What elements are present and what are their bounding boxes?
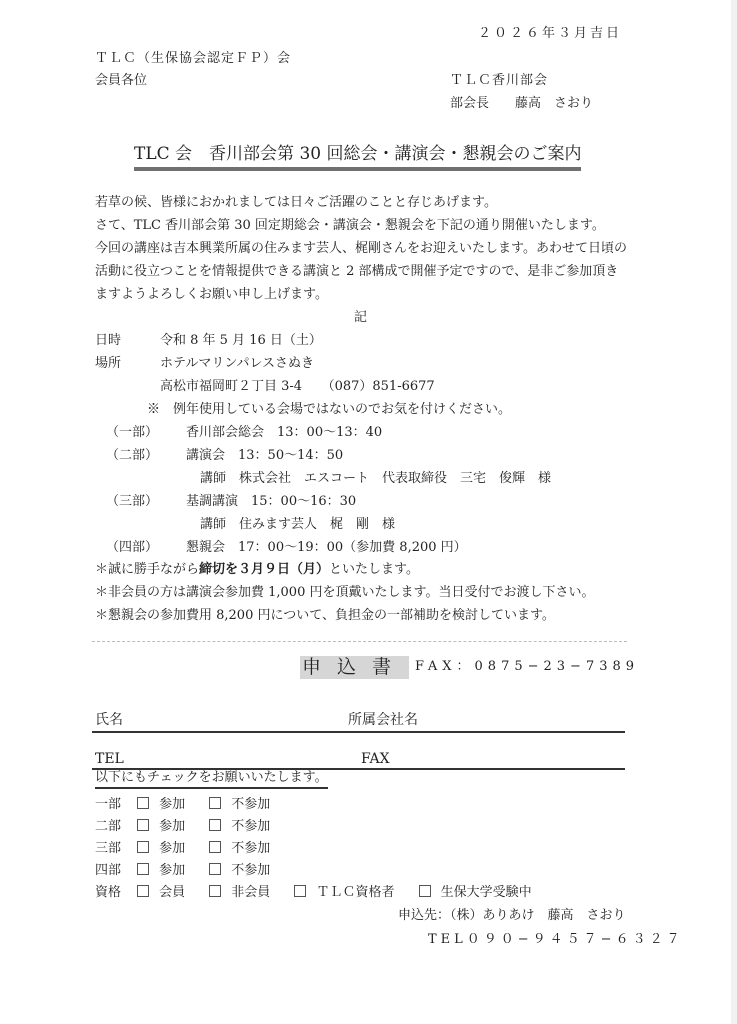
option-label: 不参加: [231, 863, 270, 878]
check-row-part3: 三部 参加 不参加: [95, 841, 290, 855]
program-part-1: （一部）香川部会総会 13：00〜13：40: [106, 426, 382, 439]
checkbox-insurance-university[interactable]: 生保大学受験中: [419, 885, 542, 900]
tel-label: TEL: [95, 752, 124, 766]
deadline-date: 締切を３月９日（月）: [199, 562, 329, 577]
checkbox-tlc-qualified[interactable]: ＴＬＣ資格者: [294, 885, 404, 900]
checkbox-icon[interactable]: [137, 885, 149, 897]
intro-line: 活動に役立つことを情報提供できる講演と 2 部構成で開催予定ですので、是非ご参加…: [95, 260, 655, 283]
checkbox-not-attend[interactable]: 不参加: [209, 841, 280, 856]
checkbox-icon[interactable]: [209, 885, 221, 897]
application-destination-tel: TEL０９０−９４５７−６３２７: [428, 933, 684, 946]
option-label: 参加: [159, 863, 185, 878]
check-note: 以下にもチェックをお願いいたします。: [95, 771, 328, 789]
intro-line: 今回の講座は吉本興業所属の住みます芸人、梶剛さんをお迎えいたします。あわせて日頃…: [95, 237, 655, 260]
checkbox-icon[interactable]: [294, 885, 306, 897]
application-fax: FAX：0875−23−7389: [415, 660, 639, 673]
option-label: ＴＬＣ資格者: [316, 885, 394, 900]
option-label: 参加: [159, 819, 185, 834]
organization-name: ＴＬＣ（生保協会認定ＦＰ）会: [95, 52, 291, 65]
checkbox-nonmember[interactable]: 非会員: [209, 885, 280, 900]
checkbox-icon[interactable]: [209, 797, 221, 809]
place-address: 高松市福岡町２丁目 3-4 （087）851-6677: [160, 380, 435, 393]
checkbox-not-attend[interactable]: 不参加: [209, 797, 280, 812]
ki-heading: 記: [354, 311, 367, 324]
row-label: 一部: [95, 798, 133, 811]
checkbox-not-attend[interactable]: 不参加: [209, 819, 280, 834]
place-row: 場所ホテルマリンパレスさぬき: [95, 357, 314, 370]
nonmember-note: ＊非会員の方は講演会参加費 1,000 円を頂戴いたします。当日受付でお渡し下さ…: [95, 586, 594, 599]
checkbox-member[interactable]: 会員: [137, 885, 195, 900]
intro-line: 若草の候、皆様におかれましては日々ご活躍のことと存じあげます。: [95, 191, 655, 214]
intro-line: さて、TLC 香川部会第 30 回定期総会・講演会・懇親会を下記の通り開催いたし…: [95, 214, 655, 237]
sender-branch: ＴＬＣ香川部会: [450, 74, 548, 87]
checkbox-attend[interactable]: 参加: [137, 863, 195, 878]
application-title: 申込書: [300, 656, 409, 679]
date-value: 令和 8 年 5 月 16 日（土）: [160, 333, 322, 348]
checkbox-attend[interactable]: 参加: [137, 819, 195, 834]
program-part-3: （三部）基調講演 15：00〜16：30: [106, 495, 356, 508]
program-part-2: （二部）講演会 13：50〜14：50: [106, 449, 343, 462]
place-name: ホテルマリンパレスさぬき: [160, 356, 314, 371]
checkbox-icon[interactable]: [137, 863, 149, 875]
part-content: 基調講演 15：00〜16：30: [186, 494, 356, 509]
part-label: （二部）: [106, 449, 186, 462]
checkbox-icon[interactable]: [209, 863, 221, 875]
option-label: 参加: [159, 841, 185, 856]
option-label: 不参加: [231, 841, 270, 856]
part-label: （三部）: [106, 495, 186, 508]
lecturer-part-2: 講師 株式会社 エスコート 代表取締役 三宅 俊輝 様: [200, 472, 551, 485]
checkbox-icon[interactable]: [137, 819, 149, 831]
intro-line: ますようよろしくお願い申し上げます。: [95, 283, 655, 306]
check-row-qualification: 資格 会員 非会員 ＴＬＣ資格者 生保大学受験中: [95, 885, 552, 899]
option-label: 不参加: [231, 797, 270, 812]
page-edge: [731, 0, 737, 1024]
date-row: 日時令和 8 年 5 月 16 日（土）: [95, 334, 322, 347]
checkbox-attend[interactable]: 参加: [137, 841, 195, 856]
option-label: 会員: [159, 885, 185, 900]
part-label: （四部）: [106, 541, 186, 554]
name-company-field[interactable]: [92, 731, 625, 733]
cut-line: [92, 641, 627, 642]
row-label: 三部: [95, 842, 133, 855]
checkbox-icon[interactable]: [137, 841, 149, 853]
row-label: 資格: [95, 886, 133, 899]
part-content: 香川部会総会 13：00〜13：40: [186, 425, 382, 440]
deadline-suffix: といたします。: [329, 562, 419, 577]
intro-paragraph: 若草の候、皆様におかれましては日々ご活躍のことと存じあげます。 さて、TLC 香…: [95, 191, 655, 306]
checkbox-icon[interactable]: [419, 885, 431, 897]
part-content: 懇親会 17：00〜19：00（参加費 8,200 円）: [186, 540, 467, 555]
deadline-note: ＊誠に勝手ながら締切を３月９日（月）といたします。: [95, 563, 419, 576]
check-row-part4: 四部 参加 不参加: [95, 863, 290, 877]
company-label: 所属会社名: [348, 713, 418, 727]
part-label: （一部）: [106, 426, 186, 439]
deadline-prefix: ＊誠に勝手ながら: [95, 562, 199, 577]
row-label: 四部: [95, 864, 133, 877]
part-content: 講演会 13：50〜14：50: [186, 448, 343, 463]
checkbox-not-attend[interactable]: 不参加: [209, 863, 280, 878]
document-date: ２０２６年３月吉日: [478, 27, 622, 40]
checkbox-icon[interactable]: [209, 841, 221, 853]
place-label: 場所: [95, 357, 160, 370]
checkbox-attend[interactable]: 参加: [137, 797, 195, 812]
name-label: 氏名: [95, 713, 123, 727]
lecturer-part-3: 講師 住みます芸人 梶 剛 様: [200, 518, 395, 531]
checkbox-icon[interactable]: [209, 819, 221, 831]
date-label: 日時: [95, 334, 160, 347]
fax-label: FAX: [361, 752, 390, 766]
option-label: 参加: [159, 797, 185, 812]
party-fee-note: ＊懇親会の参加費用 8,200 円について、負担金の一部補助を検討しています。: [95, 609, 555, 622]
application-destination: 申込先：（株）ありあけ 藤高 さおり: [398, 909, 626, 922]
option-label: 非会員: [231, 885, 270, 900]
option-label: 不参加: [231, 819, 270, 834]
recipient: 会員各位: [95, 74, 147, 87]
document-title: TLC 会 香川部会第 30 回総会・講演会・懇親会のご案内: [134, 146, 581, 171]
check-row-part1: 一部 参加 不参加: [95, 797, 290, 811]
place-note: ※ 例年使用している会場ではないのでお気を付けください。: [147, 403, 511, 416]
check-row-part2: 二部 参加 不参加: [95, 819, 290, 833]
option-label: 生保大学受験中: [441, 885, 532, 900]
row-label: 二部: [95, 820, 133, 833]
checkbox-icon[interactable]: [137, 797, 149, 809]
program-part-4: （四部）懇親会 17：00〜19：00（参加費 8,200 円）: [106, 541, 467, 554]
sender-chief: 部会長 藤高 さおり: [450, 97, 593, 110]
